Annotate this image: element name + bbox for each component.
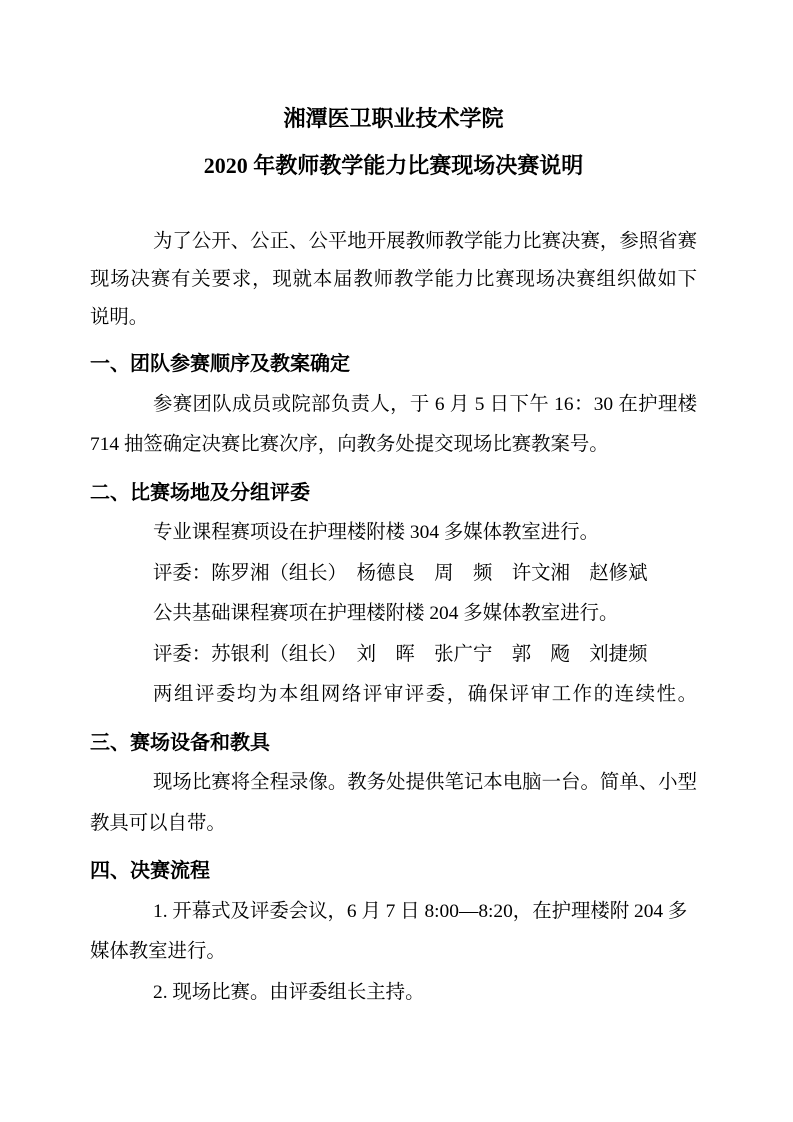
section-2-heading: 二、比赛场地及分组评委 — [90, 473, 697, 514]
section-2-line-1: 专业课程赛项设在护理楼附楼 304 多媒体教室进行。 — [90, 513, 697, 554]
section-4-item-1-line-1: 1. 开幕式及评委会议，6 月 7 日 8:00—8:20，在护理楼附 204 … — [90, 892, 697, 933]
section-1-line-1: 参赛团队成员或院部负责人，于 6 月 5 日下午 16：30 在护理楼 — [90, 385, 697, 426]
section-1-line-2: 714 抽签确定决赛比赛次序，向教务处提交现场比赛教案号。 — [90, 425, 697, 466]
section-2-line-3: 公共基础课程赛项在护理楼附楼 204 多媒体教室进行。 — [90, 594, 697, 635]
intro-line-2: 现场决赛有关要求，现就本届教师教学能力比赛现场决赛组织做如下 — [90, 261, 697, 299]
section-2-line-5: 两组评委均为本组网络评审评委，确保评审工作的连续性。 — [90, 675, 697, 716]
section-2-judges-group-2: 评委：苏银利（组长） 刘 晖 张广宁 郭 飏 刘捷频 — [90, 635, 697, 676]
section-4-item-2: 2. 现场比赛。由评委组长主持。 — [90, 973, 697, 1014]
section-2-judges-group-1: 评委：陈罗湘（组长） 杨德良 周 频 许文湘 赵修斌 — [90, 554, 697, 595]
intro-paragraph: 为了公开、公正、公平地开展教师教学能力比赛决赛，参照省赛 现场决赛有关要求，现就… — [90, 223, 697, 337]
document-subtitle: 2020 年教师教学能力比赛现场决赛说明 — [90, 142, 697, 189]
intro-line-1: 为了公开、公正、公平地开展教师教学能力比赛决赛，参照省赛 — [90, 223, 697, 261]
section-4-heading: 四、决赛流程 — [90, 851, 697, 892]
document-title: 湘潭医卫职业技术学院 — [90, 95, 697, 142]
section-3-heading: 三、赛场设备和教具 — [90, 723, 697, 764]
intro-line-3: 说明。 — [90, 299, 697, 337]
document-page: 湘潭医卫职业技术学院 2020 年教师教学能力比赛现场决赛说明 为了公开、公正、… — [0, 0, 793, 1122]
section-3-line-1: 现场比赛将全程录像。教务处提供笔记本电脑一台。简单、小型 — [90, 763, 697, 804]
section-1-heading: 一、团队参赛顺序及教案确定 — [90, 344, 697, 385]
section-3-line-2: 教具可以自带。 — [90, 804, 697, 845]
section-4-item-1-line-2: 媒体教室进行。 — [90, 932, 697, 973]
